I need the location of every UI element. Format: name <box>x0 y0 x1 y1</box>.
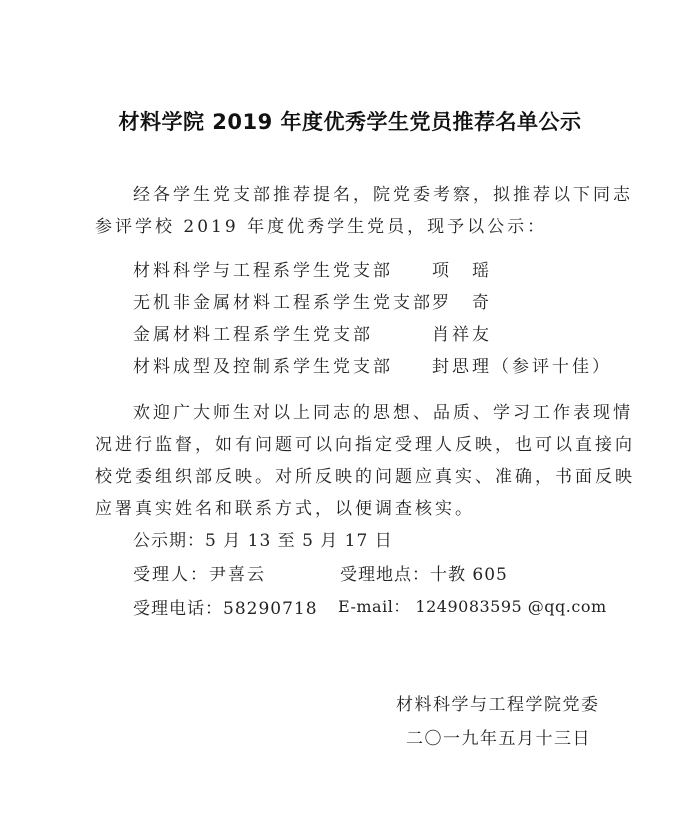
nominee-name: 项 瑶 <box>432 256 492 281</box>
intro-line-1: 经各学生党支部推荐提名，院党委考察，拟推荐以下同志 <box>133 180 633 205</box>
supervision-line-2: 况进行监督，如有问题可以向指定受理人反映，也可以直接向 <box>95 430 635 455</box>
contact-email: E-mail： 1249083595 @qq.com <box>338 594 607 617</box>
nominee-name: 肖祥友 <box>432 320 492 345</box>
signature-date: 二〇一九年五月十三日 <box>406 724 591 749</box>
nominee-branch: 金属材料工程系学生党支部 <box>133 320 373 345</box>
nominee-branch: 材料成型及控制系学生党支部 <box>133 352 393 377</box>
nominee-name: 封思理（参评十佳） <box>432 352 612 377</box>
signature-org: 材料科学与工程学院党委 <box>396 690 600 715</box>
nominee-branch: 材料科学与工程系学生党支部 <box>133 256 393 281</box>
intro-line-2: 参评学校 2019 年度优秀学生党员，现予以公示： <box>95 212 547 237</box>
contact-person: 受理人：尹喜云 <box>133 560 266 585</box>
supervision-line-1: 欢迎广大师生对以上同志的思想、品质、学习工作表现情 <box>133 398 633 423</box>
contact-phone: 受理电话：58290718 <box>133 594 318 619</box>
nominee-name: 罗 奇 <box>432 288 492 313</box>
supervision-line-4: 应署真实姓名和联系方式，以便调查核实。 <box>95 494 475 519</box>
document-title: 材料学院 2019 年度优秀学生党员推荐名单公示 <box>0 106 700 136</box>
supervision-line-3: 校党委组织部反映。对所反映的问题应真实、准确，书面反映 <box>95 462 635 487</box>
nominee-branch: 无机非金属材料工程系学生党支部 <box>133 288 433 313</box>
contact-location: 受理地点：十教 605 <box>340 560 508 585</box>
publicity-period: 公示期：5 月 13 至 5 月 17 日 <box>133 526 393 551</box>
